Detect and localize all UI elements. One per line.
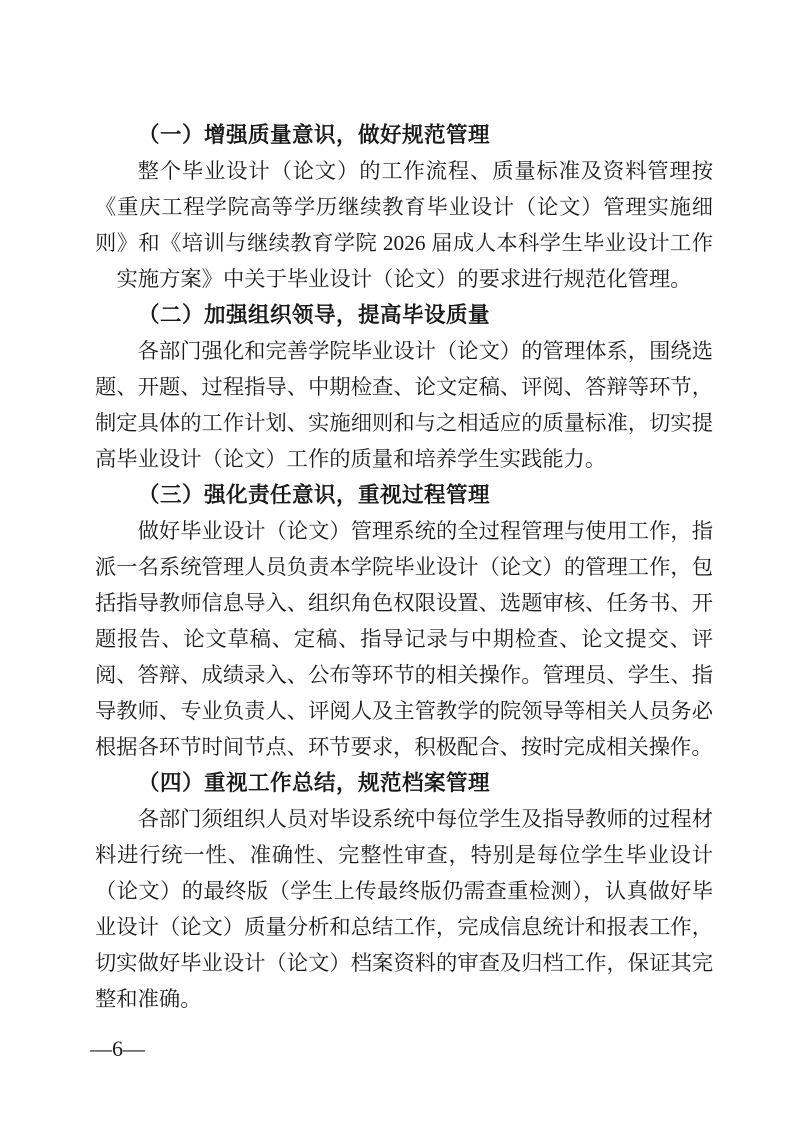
section-3-heading: （三）强化责任意识，重视过程管理 [95, 477, 713, 513]
section-1: （一）增强质量意识，做好规范管理 整个毕业设计（论文）的工作流程、质量标准及资料… [95, 117, 713, 297]
section-3-paragraph: 做好毕业设计（论文）管理系统的全过程管理与使用工作，指派一名系统管理人员负责本学… [95, 513, 713, 765]
section-3: （三）强化责任意识，重视过程管理 做好毕业设计（论文）管理系统的全过程管理与使用… [95, 477, 713, 765]
document-page: （一）增强质量意识，做好规范管理 整个毕业设计（论文）的工作流程、质量标准及资料… [0, 0, 793, 1122]
section-2-heading: （二）加强组织领导，提高毕设质量 [95, 297, 713, 333]
section-1-heading: （一）增强质量意识，做好规范管理 [95, 117, 713, 153]
section-1-paragraph: 整个毕业设计（论文）的工作流程、质量标准及资料管理按《重庆工程学院高等学历继续教… [95, 153, 713, 297]
section-2: （二）加强组织领导，提高毕设质量 各部门强化和完善学院毕业设计（论文）的管理体系… [95, 297, 713, 477]
section-4: （四）重视工作总结，规范档案管理 各部门须组织人员对毕设系统中每位学生及指导教师… [95, 765, 713, 1017]
document-body: （一）增强质量意识，做好规范管理 整个毕业设计（论文）的工作流程、质量标准及资料… [95, 117, 713, 1017]
section-2-paragraph: 各部门强化和完善学院毕业设计（论文）的管理体系，围绕选题、开题、过程指导、中期检… [95, 333, 713, 477]
section-4-heading: （四）重视工作总结，规范档案管理 [95, 765, 713, 801]
page-number: —6— [90, 1035, 145, 1063]
section-4-paragraph: 各部门须组织人员对毕设系统中每位学生及指导教师的过程材料进行统一性、准确性、完整… [95, 801, 713, 1017]
